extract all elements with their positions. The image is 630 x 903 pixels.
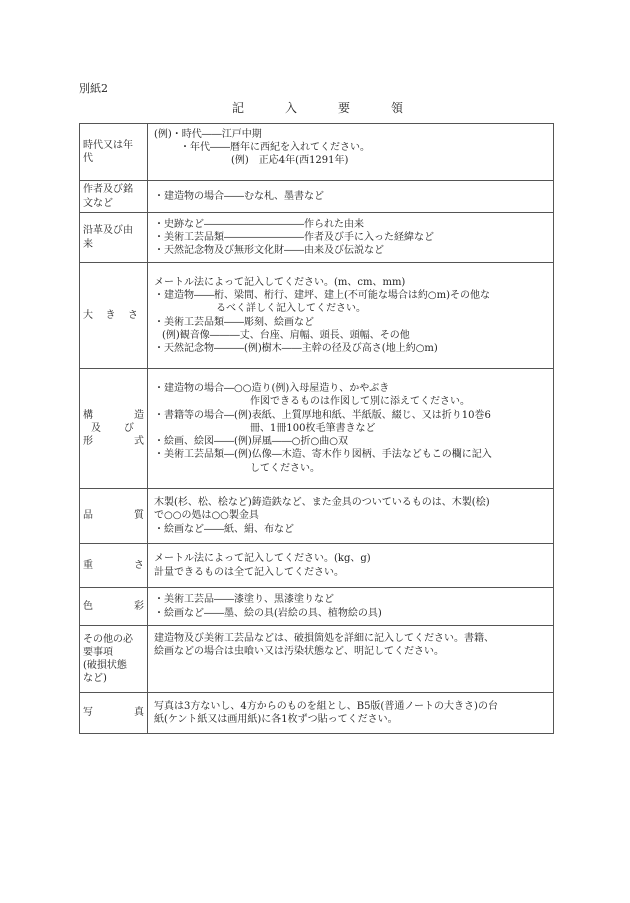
row-label: 写真 (80, 693, 148, 734)
table-row-color: 色彩 ・美術工芸品――漆塗り、黒漆塗りなど ・絵画など――墨、絵の具(岩絵の具、… (80, 588, 554, 626)
row-body: ・建造物の場合―○○造り(例)入母屋造り、かやぶき 作図できるものは作図して別に… (148, 369, 554, 489)
body-line: 絵画などの場合は虫喰い又は汚染状態など、明記してください。 (154, 645, 547, 658)
label-line: 沿革及び由 (83, 224, 144, 237)
row-body: 写真は3方ないし、4方からのものを組とし、B5版(普通ノートの大きさ)の台 紙(… (148, 693, 554, 734)
body-line: 冊、1冊100枚毛筆書きなど (154, 422, 547, 435)
label-char: 形 (83, 435, 93, 448)
label-char: 色 (83, 600, 93, 613)
title-char: 領 (391, 99, 444, 116)
row-body: メートル法によって記入してください。(kg、g) 計量できるものは全て記入してく… (148, 544, 554, 588)
body-line: るべく詳しく記入してください。 (154, 302, 547, 315)
label-char: さ (128, 309, 138, 322)
body-line: ・絵画、絵図――(例)屏風――○折○曲○双 (154, 435, 547, 448)
row-label: その他の必 要事項 (破損状態 など) (80, 626, 148, 693)
body-line: してください。 (154, 462, 547, 475)
body-line: ・天然記念物及び無形文化財――由来及び伝説など (154, 244, 547, 257)
body-line: 紙(ケント紙又は画用紙)に各1枚ずつ貼ってください。 (154, 713, 547, 726)
label-line: (破損状態 (83, 659, 144, 672)
row-body: ・史跡など――――――――――作られた由来 ・美術工芸品類――――――――作者及… (148, 213, 554, 263)
label-char: 品 (83, 509, 93, 522)
table-row-photo: 写真 写真は3方ないし、4方からのものを組とし、B5版(普通ノートの大きさ)の台… (80, 693, 554, 734)
label-char: 写 (83, 706, 93, 719)
label-line: 文など (83, 197, 144, 210)
row-label: 構造 及び 形式 (80, 369, 148, 489)
label-char: 及 (91, 422, 101, 435)
body-line: (例)観音像―――丈、台座、肩幅、頭長、頭幅、その他 (154, 329, 547, 342)
table-row-size: 大 き さ メートル法によって記入してください。(m、cm、mm) ・建造物――… (80, 263, 554, 369)
label-line: 代 (83, 152, 144, 165)
body-line: (例)・時代――江戸中期 (154, 128, 547, 141)
label-char: 構 (83, 409, 93, 422)
label-char: び (124, 422, 134, 435)
label-char: 造 (134, 409, 144, 422)
row-label: 沿革及び由 来 (80, 213, 148, 263)
title-char: 記 (232, 99, 285, 116)
body-line: ・美術工芸品類――彫刻、絵画など (154, 316, 547, 329)
row-label: 品質 (80, 489, 148, 544)
row-label: 時代又は年 代 (80, 124, 148, 181)
body-line: で○○の処は○○製金具 (154, 509, 547, 522)
row-label: 作者及び銘 文など (80, 181, 148, 213)
row-body: ・美術工芸品――漆塗り、黒漆塗りなど ・絵画など――墨、絵の具(岩絵の具、植物絵… (148, 588, 554, 626)
label-char: 式 (134, 435, 144, 448)
body-line: ・建造物の場合――むな札、墨書など (154, 190, 547, 203)
body-line: 作図できるものは作図して別に添えてください。 (154, 395, 547, 408)
title-char: 要 (338, 99, 391, 116)
row-label: 重さ (80, 544, 148, 588)
label-char: 重 (83, 559, 93, 572)
label-char: 彩 (134, 600, 144, 613)
label-line: など) (83, 672, 144, 685)
table-row-material: 品質 木製(杉、松、桧など)鋳造鉄など、また金具のついているものは、木製(桧) … (80, 489, 554, 544)
body-line: ・美術工芸品――漆塗り、黒漆塗りなど (154, 593, 547, 606)
page-title: 記入要領 (232, 99, 444, 116)
body-line: ・天然記念物―――(例)樹木――主幹の径及び高さ(地上約○m) (154, 342, 547, 355)
label-line: その他の必 (83, 633, 144, 646)
body-line: ・絵画など――紙、絹、布など (154, 523, 547, 536)
body-line: メートル法によって記入してください。(kg、g) (154, 552, 547, 565)
body-line: 計量できるものは全て記入してください。 (154, 566, 547, 579)
row-label: 色彩 (80, 588, 148, 626)
table-row-structure: 構造 及び 形式 ・建造物の場合―○○造り(例)入母屋造り、かやぶき 作図できる… (80, 369, 554, 489)
row-body: ・建造物の場合――むな札、墨書など (148, 181, 554, 213)
label-line: 来 (83, 238, 144, 251)
row-body: 木製(杉、松、桧など)鋳造鉄など、また金具のついているものは、木製(桧) で○○… (148, 489, 554, 544)
body-line: ・美術工芸品類――――――――作者及び手に入った経緯など (154, 231, 547, 244)
body-line: ・美術工芸品類―(例)仏像―木造、寄木作り図柄、手法などもこの欄に記入 (154, 448, 547, 461)
table-row-era: 時代又は年 代 (例)・時代――江戸中期 ・年代――暦年に西紀を入れてください。… (80, 124, 554, 181)
body-line: ・史跡など――――――――――作られた由来 (154, 218, 547, 231)
body-line: ・建造物の場合―○○造り(例)入母屋造り、かやぶき (154, 382, 547, 395)
attachment-reference: 別紙2 (79, 80, 108, 96)
label-char: 質 (134, 509, 144, 522)
label-line: 要事項 (83, 646, 144, 659)
body-line: ・建造物――桁、梁間、桁行、建坪、建上(不可能な場合は約○m)その他な (154, 289, 547, 302)
table-row-author: 作者及び銘 文など ・建造物の場合――むな札、墨書など (80, 181, 554, 213)
body-line: (例) 正応4年(西1291年) (154, 154, 547, 167)
body-line: 写真は3方ないし、4方からのものを組とし、B5版(普通ノートの大きさ)の台 (154, 700, 547, 713)
table-row-other: その他の必 要事項 (破損状態 など) 建造物及び美術工芸品などは、破損箇処を詳… (80, 626, 554, 693)
label-char: き (106, 309, 116, 322)
label-char: 真 (134, 706, 144, 719)
label-line: 時代又は年 (83, 139, 144, 152)
row-body: メートル法によって記入してください。(m、cm、mm) ・建造物――桁、梁間、桁… (148, 263, 554, 369)
body-line: ・書籍等の場合―(例)表紙、上質厚地和紙、半紙版、綴じ、又は折り10巻6 (154, 409, 547, 422)
label-char: さ (134, 559, 144, 572)
label-char: 大 (83, 309, 93, 322)
table-row-history: 沿革及び由 来 ・史跡など――――――――――作られた由来 ・美術工芸品類―――… (80, 213, 554, 263)
label-line: 作者及び銘 (83, 183, 144, 196)
row-label: 大 き さ (80, 263, 148, 369)
body-line: メートル法によって記入してください。(m、cm、mm) (154, 276, 547, 289)
instructions-table: 時代又は年 代 (例)・時代――江戸中期 ・年代――暦年に西紀を入れてください。… (79, 123, 554, 734)
row-body: 建造物及び美術工芸品などは、破損箇処を詳細に記入してください。書籍、 絵画などの… (148, 626, 554, 693)
table-row-weight: 重さ メートル法によって記入してください。(kg、g) 計量できるものは全て記入… (80, 544, 554, 588)
row-body: (例)・時代――江戸中期 ・年代――暦年に西紀を入れてください。 (例) 正応4… (148, 124, 554, 181)
body-line: 建造物及び美術工芸品などは、破損箇処を詳細に記入してください。書籍、 (154, 632, 547, 645)
body-line: 木製(杉、松、桧など)鋳造鉄など、また金具のついているものは、木製(桧) (154, 496, 547, 509)
title-char: 入 (285, 99, 338, 116)
body-line: ・年代――暦年に西紀を入れてください。 (154, 141, 547, 154)
body-line: ・絵画など――墨、絵の具(岩絵の具、植物絵の具) (154, 607, 547, 620)
